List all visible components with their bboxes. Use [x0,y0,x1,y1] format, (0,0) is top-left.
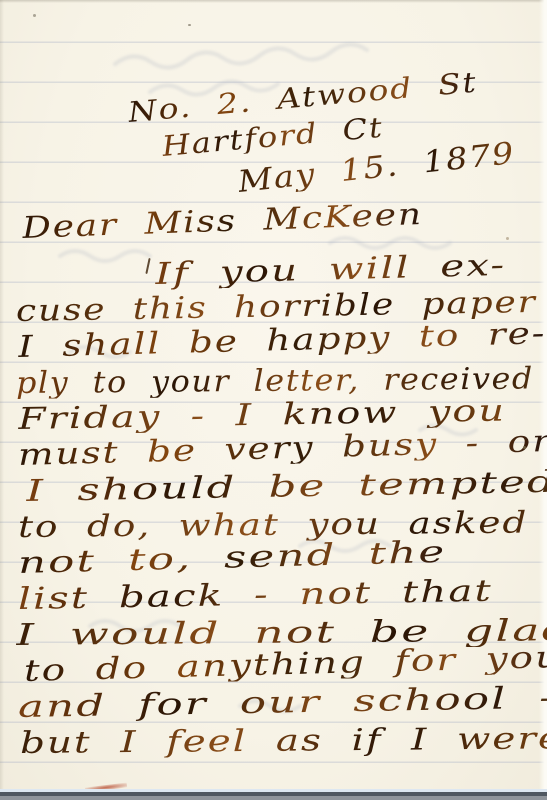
paper-speck [506,237,509,240]
paper-speck [523,446,526,449]
body-line: and for our school - [18,684,547,723]
scanned-letter-page: No. 2. Atwood St Hartford Ct May 15. 187… [0,0,547,800]
body-line: I should be tempted [26,468,547,507]
paper-speck [188,24,191,26]
body-line: list back - not that [18,577,493,615]
paper-speck [33,14,36,17]
body-line: to do, what you asked me [18,508,547,543]
scan-backing-strip [0,796,547,800]
body-line: If you will ex- [155,251,507,290]
body-line: but I feel as if I were [20,724,547,759]
